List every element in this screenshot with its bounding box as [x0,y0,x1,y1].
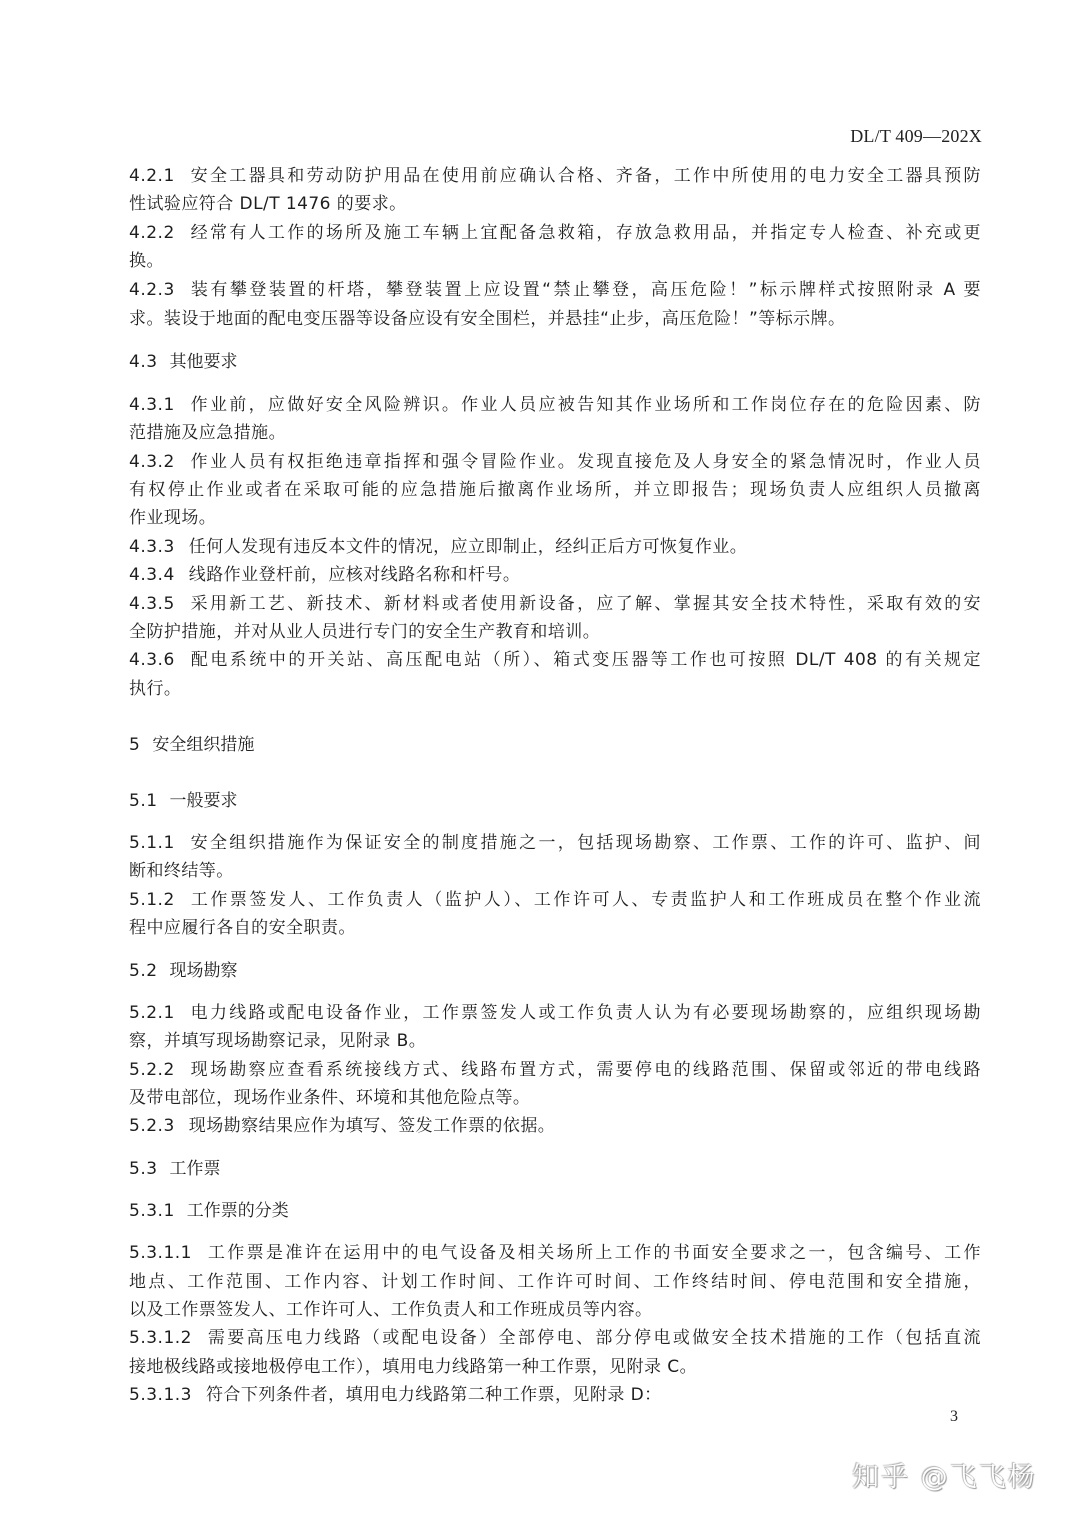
clause-number: 4.2.1 [129,162,175,190]
paragraph-line: 及带电部位，现场作业条件、环境和其他危险点等。 [129,1084,981,1112]
paragraph-line: 5.1.1安全组织措施作为保证安全的制度措施之一，包括现场勘察、工作票、工作的许… [129,829,981,857]
clause-number: 5.2.2 [129,1056,175,1084]
paragraph-line: 4.3.2作业人员有权拒绝违章指挥和强令冒险作业。发现直接危及人身安全的紧急情况… [129,448,981,476]
paragraph-line: 执行。 [129,675,981,703]
paragraph-line: 求。装设于地面的配电变压器等设备应设有安全围栏，并悬挂“止步，高压危险！”等标示… [129,305,981,333]
clause-number: 4.2.2 [129,219,175,247]
paragraph-line: 作业现场。 [129,504,981,532]
clause-number: 5.3.1.2 [129,1324,192,1352]
section-heading: 5.1一般要求 [129,787,238,815]
paragraph-line: 4.3.1作业前，应做好安全风险辨识。作业人员应被告知其作业场所和工作岗位存在的… [129,391,981,419]
paragraph-line: 察，并填写现场勘察记录，见附录 B。 [129,1027,981,1055]
paragraph-line: 有权停止作业或者在采取可能的应急措施后撤离作业场所，并立即报告；现场负责人应组织… [129,476,981,504]
paragraph-line: 以及工作票签发人、工作许可人、工作负责人和工作班成员等内容。 [129,1296,981,1324]
watermark: 知乎 @飞飞杨 [852,1455,1037,1494]
clause-number: 4.3.3 [129,533,175,561]
chapter-heading: 5安全组织措施 [129,731,254,759]
paragraph-line: 换。 [129,247,981,275]
section-heading: 5.3工作票 [129,1155,221,1183]
paragraph-line: 5.1.2工作票签发人、工作负责人（监护人）、工作许可人、专责监护人和工作班成员… [129,886,981,914]
paragraph-line: 性试验应符合 DL/T 1476 的要求。 [129,190,981,218]
clause-number: 5.1.2 [129,886,175,914]
clause-number: 5.2.3 [129,1112,175,1140]
clause-number: 4.3.2 [129,448,175,476]
paragraph-line: 4.3.5采用新工艺、新技术、新材料或者使用新设备，应了解、掌握其安全技术特性，… [129,590,981,618]
paragraph-line: 5.3.1.2需要高压电力线路（或配电设备）全部停电、部分停电或做安全技术措施的… [129,1324,981,1352]
paragraph-line: 4.3.3任何人发现有违反本文件的情况，应立即制止，经纠正后方可恢复作业。 [129,533,981,561]
subsection-heading: 5.3.1工作票的分类 [129,1197,289,1225]
clause-number: 5.1.1 [129,829,175,857]
paragraph-line: 5.2.1电力线路或配电设备作业，工作票签发人或工作负责人认为有必要现场勘察的，… [129,999,981,1027]
paragraph-line: 5.2.3现场勘察结果应作为填写、签发工作票的依据。 [129,1112,981,1140]
paragraph-line: 接地极线路或接地极停电工作），填用电力线路第一种工作票，见附录 C。 [129,1353,981,1381]
paragraph-line: 全防护措施，并对从业人员进行专门的安全生产教育和培训。 [129,618,981,646]
paragraph-line: 断和终结等。 [129,857,981,885]
paragraph-line: 5.3.1.1工作票是准许在运用中的电气设备及相关场所上工作的书面安全要求之一，… [129,1239,981,1267]
paragraph-line: 4.3.6配电系统中的开关站、高压配电站（所）、箱式变压器等工作也可按照 DL/… [129,646,981,674]
paragraph-line: 地点、工作范围、工作内容、计划工作时间、工作许可时间、工作终结时间、停电范围和安… [129,1268,981,1296]
clause-number: 4.3.5 [129,590,175,618]
paragraph-line: 4.2.2经常有人工作的场所及施工车辆上宜配备急救箱，存放急救用品，并指定专人检… [129,219,981,247]
section-heading: 4.3其他要求 [129,348,238,376]
document-page: DL/T 409—202X 4.2.1安全工器具和劳动防护用品在使用前应确认合格… [0,0,1080,1527]
document-code: DL/T 409—202X [850,126,982,147]
clause-number: 4.3.6 [129,646,175,674]
paragraph-line: 5.2.2现场勘察应查看系统接线方式、线路布置方式，需要停电的线路范围、保留或邻… [129,1056,981,1084]
paragraph-line: 4.2.1安全工器具和劳动防护用品在使用前应确认合格、齐备，工作中所使用的电力安… [129,162,981,190]
paragraph-line: 范措施及应急措施。 [129,419,981,447]
clause-number: 4.2.3 [129,276,175,304]
paragraph-line: 5.3.1.3符合下列条件者，填用电力线路第二种工作票，见附录 D： [129,1381,981,1409]
section-heading: 5.2现场勘察 [129,957,238,985]
clause-number: 4.3.1 [129,391,175,419]
paragraph-line: 4.2.3装有攀登装置的杆塔，攀登装置上应设置“禁止攀登，高压危险！”标示牌样式… [129,276,981,304]
clause-number: 5.3.1.3 [129,1381,192,1409]
clause-number: 5.3.1.1 [129,1239,192,1267]
page-number: 3 [950,1408,958,1426]
paragraph-line: 4.3.4线路作业登杆前，应核对线路名称和杆号。 [129,561,981,589]
clause-number: 4.3.4 [129,561,175,589]
clause-number: 5.2.1 [129,999,175,1027]
paragraph-line: 程中应履行各自的安全职责。 [129,914,981,942]
